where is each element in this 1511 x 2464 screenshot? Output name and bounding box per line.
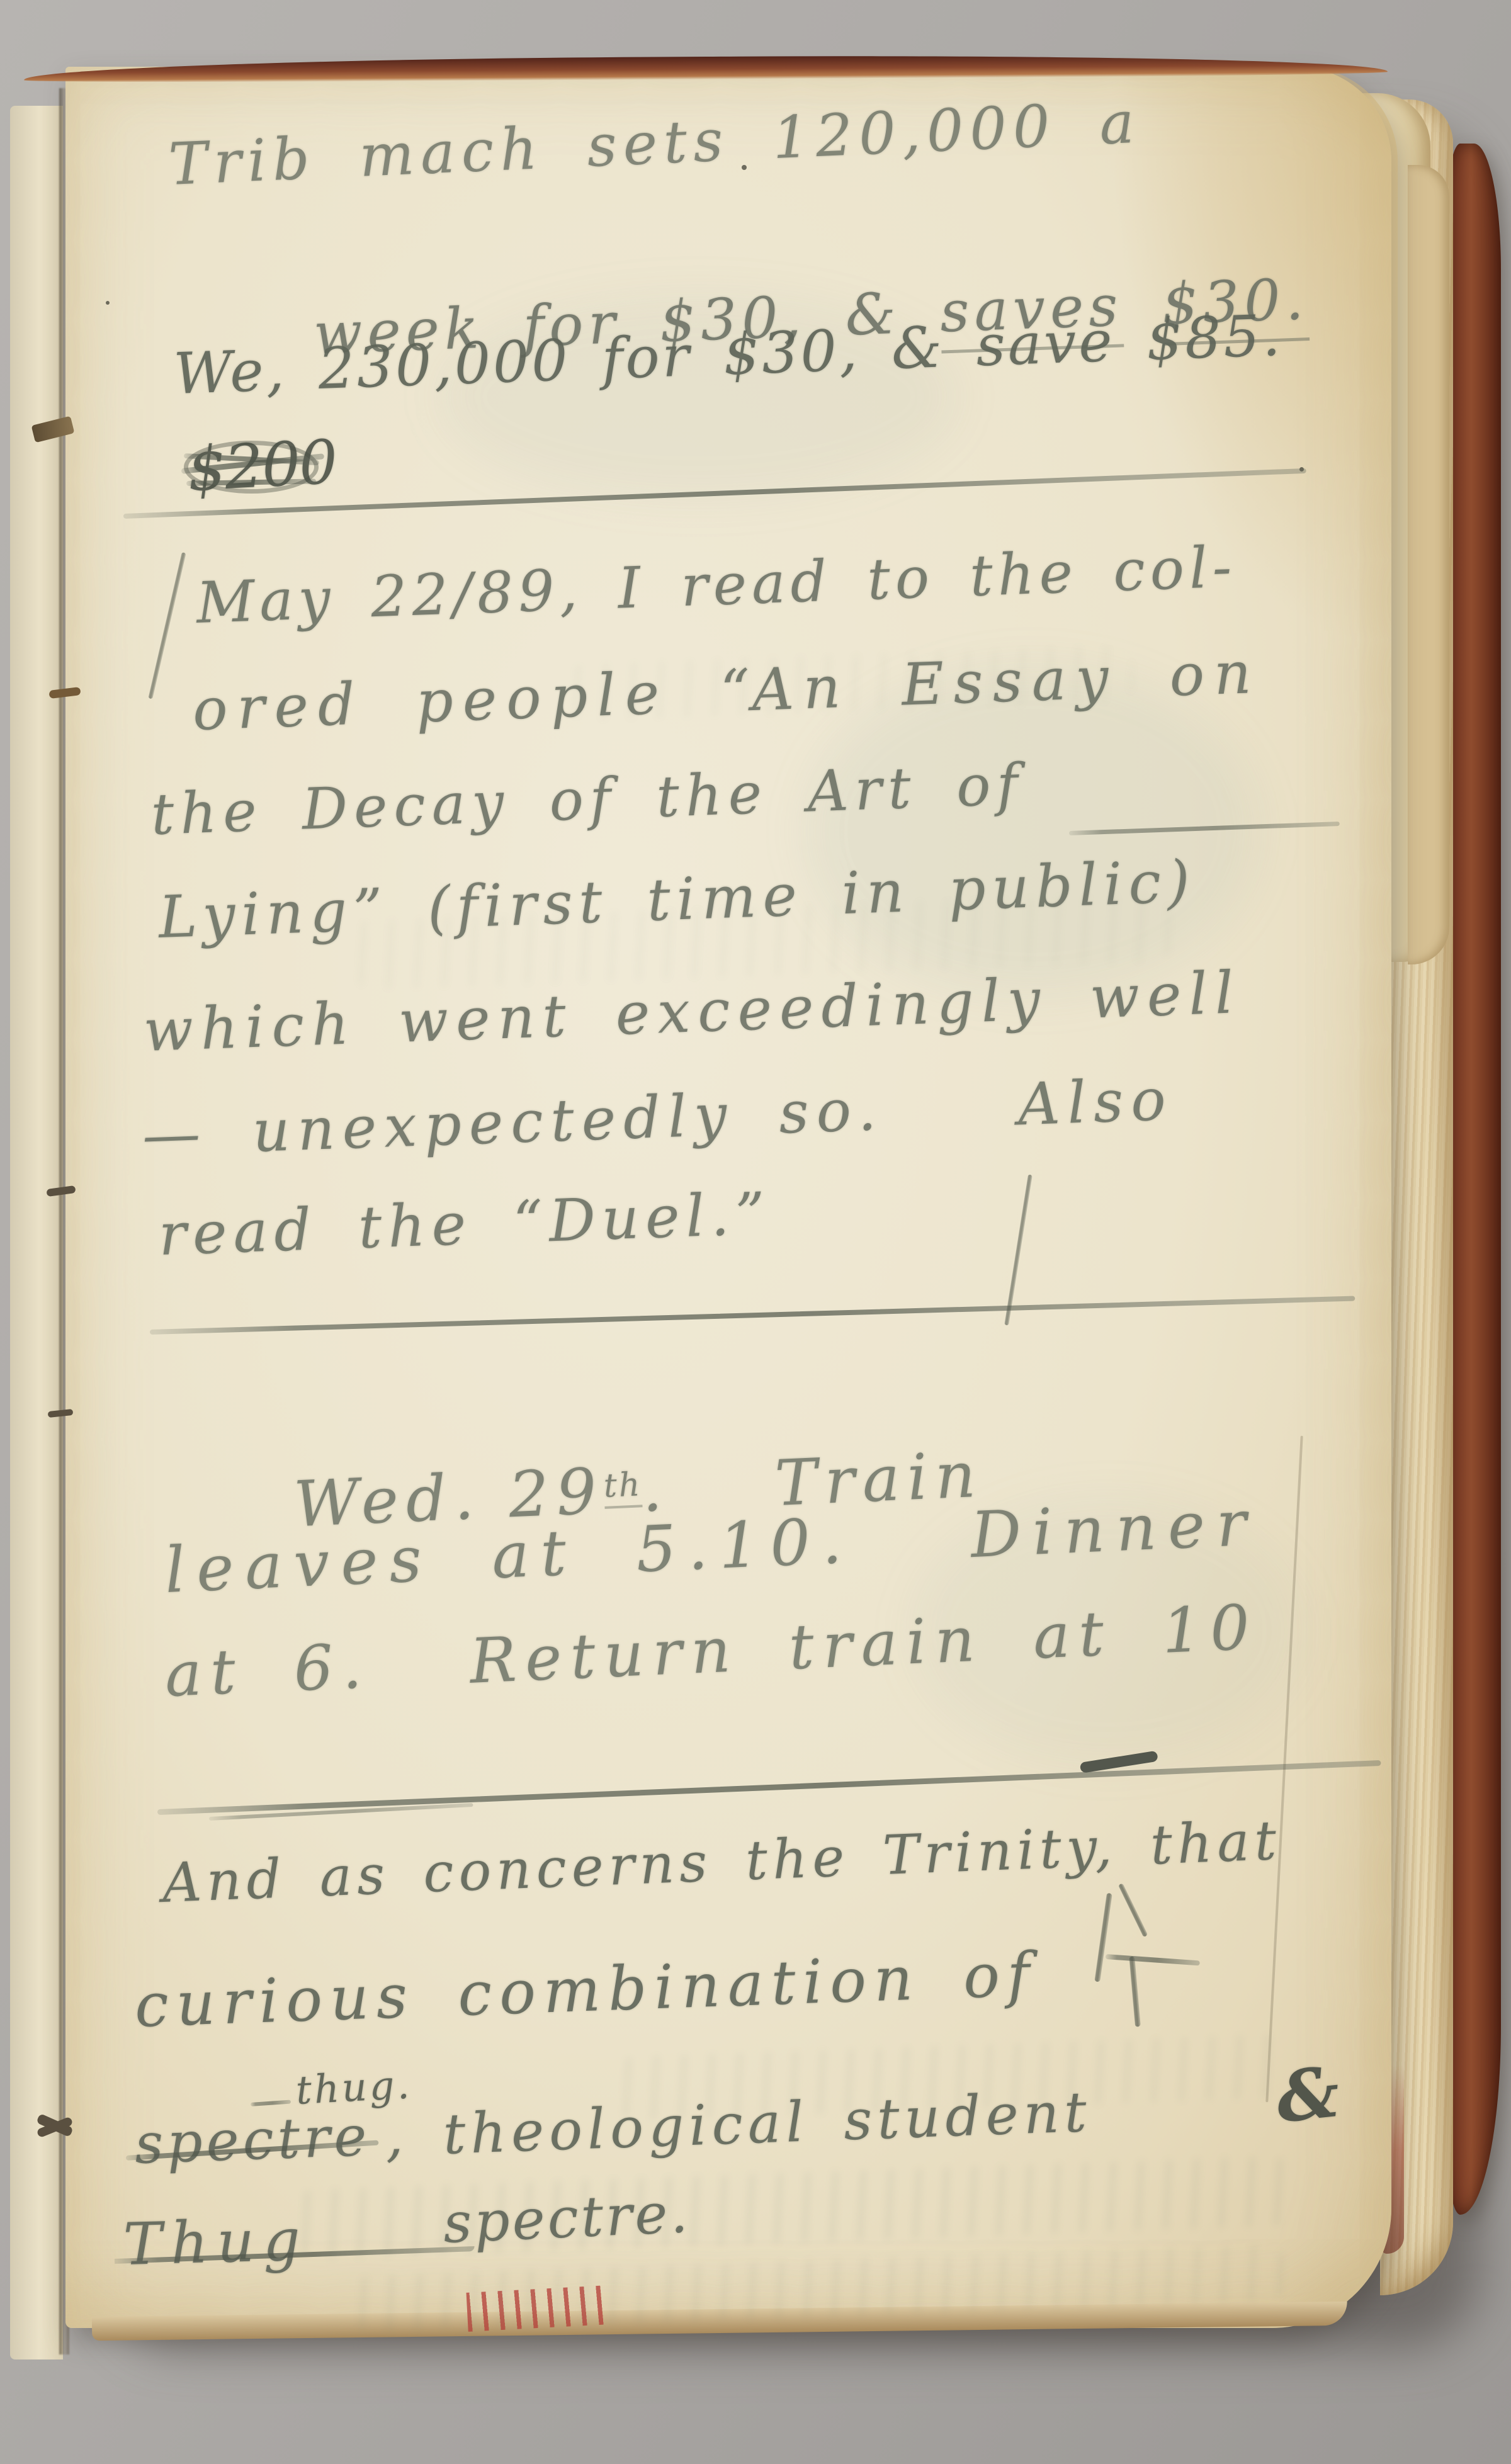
facing-page-sliver — [10, 106, 63, 2359]
struck-word: Thug — [123, 2206, 310, 2278]
photo-background: Trib mach sets 120,000 a week for $30, &… — [0, 0, 1511, 2464]
handwritten-word: spectre. — [442, 2180, 691, 2256]
ampersand-mark: & — [1272, 2051, 1343, 2139]
under-page-layer-deep — [1408, 165, 1449, 964]
struck-word: spectre — [133, 2103, 371, 2176]
ordinal-superscript: th — [603, 1466, 643, 1509]
leather-cover-edge — [1447, 144, 1501, 2215]
paper-speck — [106, 301, 110, 305]
scribble-loop — [184, 441, 319, 494]
